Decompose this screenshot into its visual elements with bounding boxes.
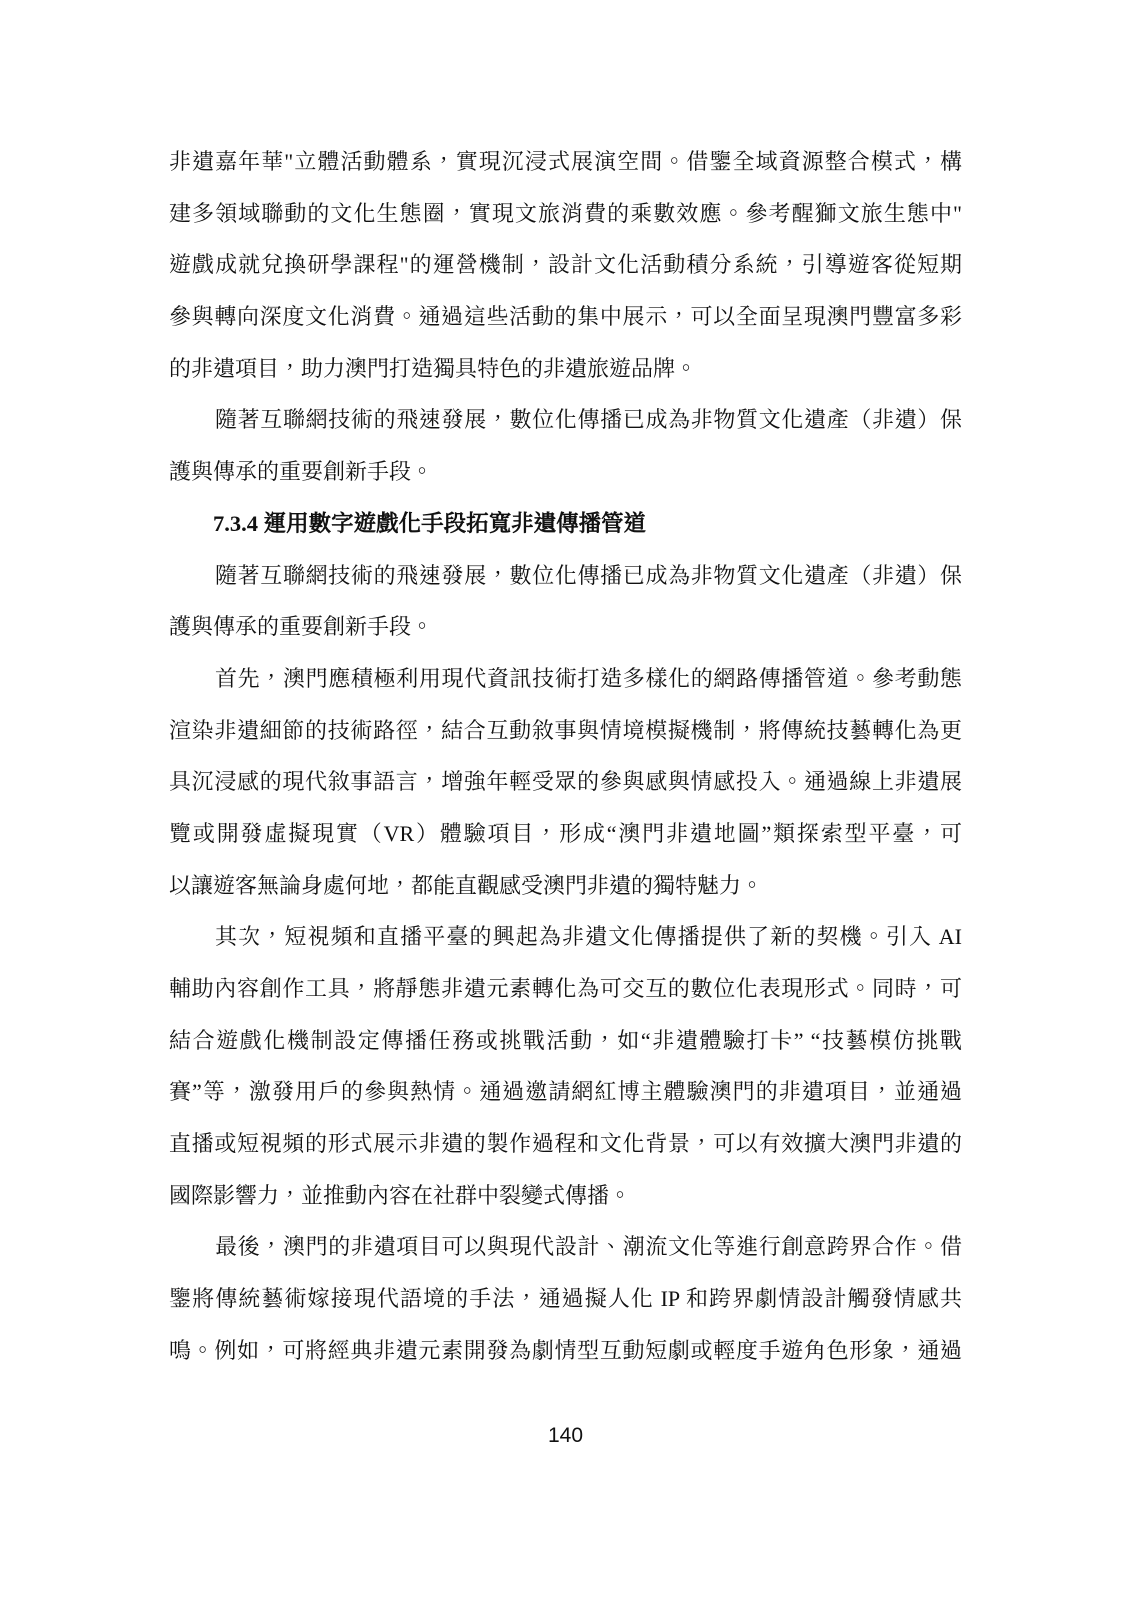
text-line: 的非遺項目，助力澳門打造獨具特色的非遺旅遊品牌。 bbox=[169, 343, 962, 395]
text-line: 國際影響力，並推動內容在社群中裂變式傳播。 bbox=[169, 1170, 962, 1222]
text-line: 護與傳承的重要創新手段。 bbox=[169, 601, 962, 653]
text-line: 結合遊戲化機制設定傳播任務或挑戰活動，如“非遺體驗打卡” “技藝模仿挑戰 bbox=[169, 1015, 962, 1067]
text-line: 以讓遊客無論身處何地，都能直觀感受澳門非遺的獨特魅力。 bbox=[169, 860, 962, 912]
page-number: 140 bbox=[548, 1424, 583, 1447]
text-line: 渲染非遺細節的技術路徑，結合互動敘事與情境模擬機制，將傳統技藝轉化為更 bbox=[169, 705, 962, 757]
text-line: 護與傳承的重要創新手段。 bbox=[169, 446, 962, 498]
text-line: 建多領域聯動的文化生態圈，實現文旅消費的乘數效應。參考醒獅文旅生態中" bbox=[169, 188, 962, 240]
document-content: 非遺嘉年華"立體活動體系，實現沉浸式展演空間。借鑒全域資源整合模式，構建多領域聯… bbox=[169, 136, 962, 1377]
text-line: 參與轉向深度文化消費。通過這些活動的集中展示，可以全面呈現澳門豐富多彩 bbox=[169, 291, 962, 343]
paragraph: 非遺嘉年華"立體活動體系，實現沉浸式展演空間。借鑒全域資源整合模式，構建多領域聯… bbox=[169, 136, 962, 394]
paragraph: 隨著互聯網技術的飛速發展，數位化傳播已成為非物質文化遺產（非遺）保護與傳承的重要… bbox=[169, 394, 962, 497]
text-line: 隨著互聯網技術的飛速發展，數位化傳播已成為非物質文化遺產（非遺）保 bbox=[169, 394, 962, 446]
text-line: 隨著互聯網技術的飛速發展，數位化傳播已成為非物質文化遺產（非遺）保 bbox=[169, 550, 962, 602]
document-page: 非遺嘉年華"立體活動體系，實現沉浸式展演空間。借鑒全域資源整合模式，構建多領域聯… bbox=[0, 0, 1131, 1600]
text-line: 非遺嘉年華"立體活動體系，實現沉浸式展演空間。借鑒全域資源整合模式，構 bbox=[169, 136, 962, 188]
text-line: 其次，短視頻和直播平臺的興起為非遺文化傳播提供了新的契機。引入 AI bbox=[169, 911, 962, 963]
text-line: 具沉浸感的現代敘事語言，增強年輕受眾的參與感與情感投入。通過線上非遺展 bbox=[169, 756, 962, 808]
paragraph: 其次，短視頻和直播平臺的興起為非遺文化傳播提供了新的契機。引入 AI輔助內容創作… bbox=[169, 911, 962, 1221]
text-line: 賽”等，激發用戶的參與熱情。通過邀請網紅博主體驗澳門的非遺項目，並通過 bbox=[169, 1066, 962, 1118]
text-line: 最後，澳門的非遺項目可以與現代設計、潮流文化等進行創意跨界合作。借 bbox=[169, 1221, 962, 1273]
paragraph: 首先，澳門應積極利用現代資訊技術打造多樣化的網路傳播管道。參考動態渲染非遺細節的… bbox=[169, 653, 962, 911]
section-heading: 7.3.4 運用數字遊戲化手段拓寬非遺傳播管道 bbox=[169, 498, 962, 550]
text-line: 鑒將傳統藝術嫁接現代語境的手法，通過擬人化 IP 和跨界劇情設計觸發情感共 bbox=[169, 1273, 962, 1325]
text-line: 直播或短視頻的形式展示非遺的製作過程和文化背景，可以有效擴大澳門非遺的 bbox=[169, 1118, 962, 1170]
page-footer: 140 bbox=[0, 1424, 1131, 1448]
text-line: 鳴。例如，可將經典非遺元素開發為劇情型互動短劇或輕度手遊角色形象，通過 bbox=[169, 1325, 962, 1377]
text-line: 輔助內容創作工具，將靜態非遺元素轉化為可交互的數位化表現形式。同時，可 bbox=[169, 963, 962, 1015]
text-line: 遊戲成就兌換研學課程"的運營機制，設計文化活動積分系統，引導遊客從短期 bbox=[169, 239, 962, 291]
text-line: 覽或開發虛擬現實（VR）體驗項目，形成“澳門非遺地圖”類探索型平臺，可 bbox=[169, 808, 962, 860]
paragraph: 隨著互聯網技術的飛速發展，數位化傳播已成為非物質文化遺產（非遺）保護與傳承的重要… bbox=[169, 550, 962, 653]
paragraph: 最後，澳門的非遺項目可以與現代設計、潮流文化等進行創意跨界合作。借鑒將傳統藝術嫁… bbox=[169, 1221, 962, 1376]
text-line: 首先，澳門應積極利用現代資訊技術打造多樣化的網路傳播管道。參考動態 bbox=[169, 653, 962, 705]
